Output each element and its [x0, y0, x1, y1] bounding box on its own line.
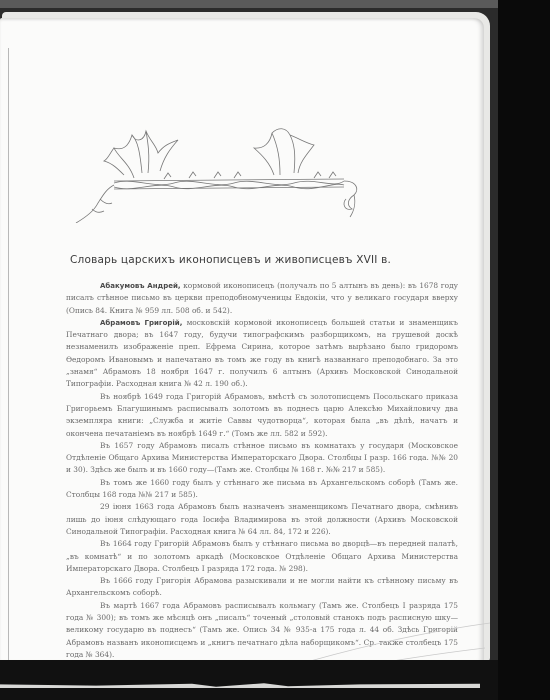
entry-paragraph: Въ мартѣ 1667 года Абрамовъ расписывалъ … [66, 600, 458, 661]
entry-paragraph: Въ ноябрѣ 1649 года Григорiй Абрамовъ, в… [66, 391, 458, 440]
entry-paragraph: Въ томъ же 1660 году былъ у стѣннаго же … [66, 477, 458, 502]
headpiece-ornament-icon [74, 123, 374, 223]
entry-text: московскiй кормовой иконописецъ большей … [66, 318, 458, 388]
entry-abakumov: Абакумовъ Андрей, кормовой иконописецъ (… [66, 280, 458, 317]
entry-headword: Абакумовъ Андрей, [100, 282, 181, 290]
binding-edge [8, 48, 9, 668]
page-title: Словарь царскихъ иконописцевъ и живописц… [70, 254, 470, 266]
scanner-top-edge [0, 0, 550, 8]
entry-abramov: Абрамовъ Григорiй, московскiй кормовой и… [66, 317, 458, 391]
entry-paragraph: Въ 1666 году Григорiя Абрамова разыскива… [66, 575, 458, 600]
entry-paragraph: Въ 1664 году Григорiй Абрамовъ былъ у ст… [66, 538, 458, 575]
scanner-bottom-edge [0, 660, 498, 700]
entry-paragraph: 29 iюня 1663 года Абрамовъ былъ назначен… [66, 501, 458, 538]
entry-headword: Абрамовъ Григорiй, [100, 319, 182, 327]
document-page: Словарь царскихъ иконописцевъ и живописц… [0, 18, 484, 663]
entry-paragraph: Въ 1657 году Абрамовъ писалъ стѣнное пис… [66, 440, 458, 477]
dictionary-body: Абакумовъ Андрей, кормовой иконописецъ (… [66, 280, 458, 661]
scanner-right-edge [498, 0, 550, 700]
